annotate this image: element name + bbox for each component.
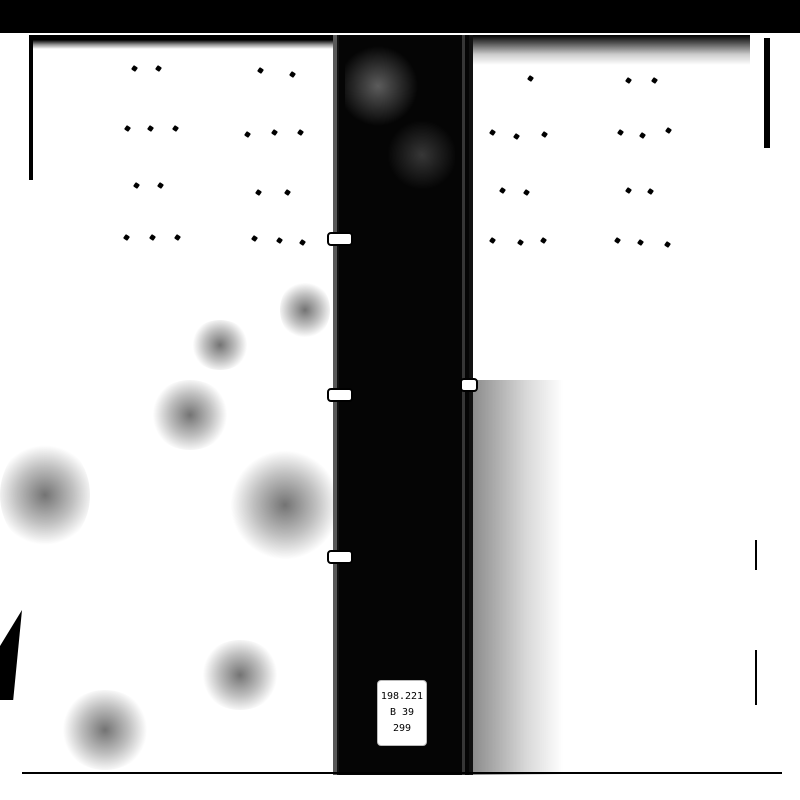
cover-stain [60, 690, 150, 770]
back-cover-shadow [473, 380, 563, 775]
spine-raised-band [327, 388, 353, 402]
front-cover-edge [29, 35, 33, 180]
call-number-label: 198.221 B 39 299 [377, 680, 427, 746]
call-number-line-1: 198.221 [381, 689, 423, 705]
spine-joint-left [333, 35, 337, 775]
front-cover-top-shadow [30, 35, 335, 49]
spine-wear [345, 40, 455, 270]
cover-stain [280, 280, 330, 340]
spine-raised-band [327, 232, 353, 246]
cover-stain [0, 440, 90, 550]
spine-raised-band [327, 550, 353, 564]
back-cover-crease [755, 650, 757, 705]
call-number-line-3: 299 [393, 721, 411, 737]
back-cover-top-shadow [470, 35, 750, 65]
call-number-line-2: B 39 [390, 705, 414, 721]
scan-top-border [0, 0, 800, 33]
back-cover-edge [764, 38, 770, 148]
cover-stain [200, 640, 280, 710]
spine-raised-band [460, 378, 478, 392]
cover-stain [190, 320, 250, 370]
cover-stain [230, 450, 340, 560]
spine-joint-right [462, 35, 465, 775]
back-cover-crease [755, 540, 757, 570]
cover-bottom-edge [22, 772, 782, 774]
cover-stain [150, 380, 230, 450]
